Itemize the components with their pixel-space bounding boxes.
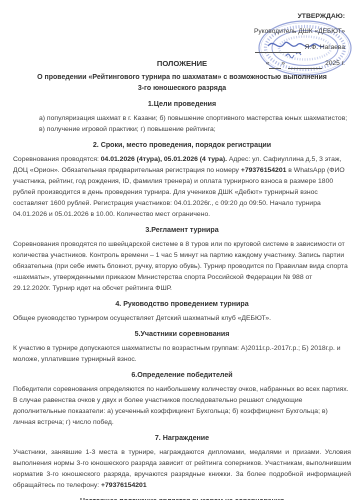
signature-line bbox=[255, 45, 301, 53]
text-run: Соревнования проводятся по швейцарской с… bbox=[13, 241, 348, 292]
signer-name: Я.Ф. Нагаева bbox=[305, 43, 345, 53]
document-content: ПОЛОЖЕНИЕ О проведении «Рейтингового тур… bbox=[0, 0, 364, 500]
approval-block: УТВЕРЖДАЮ: Руководитель ДШК «ДЕБЮТ» Я.Ф.… bbox=[185, 12, 345, 69]
section-paragraph: Участники, занявшие 1-3 места в турнире,… bbox=[13, 447, 351, 491]
subtitle-line-2: 3-го юношеского разряда bbox=[13, 83, 351, 94]
text-run: а) популяризация шахмат в г. Казани; б) … bbox=[39, 115, 347, 133]
closing-statement: Настоящее положение является вызовом на … bbox=[13, 496, 351, 500]
approver-role: Руководитель ДШК «ДЕБЮТ» bbox=[185, 27, 345, 37]
text-run: Победители соревнования определяются по … bbox=[13, 386, 349, 426]
subtitle-line-1: О проведении «Рейтингового турнира по ша… bbox=[13, 72, 351, 83]
text-run: в WhatsApp (ФИО участника, рейтинг, год … bbox=[13, 167, 345, 218]
text-run: Общее руководство турниром осуществляет … bbox=[13, 315, 271, 322]
section-heading: 5.Участники соревнования bbox=[13, 329, 351, 340]
section-heading: 2. Сроки, место проведения, порядок реги… bbox=[13, 140, 351, 151]
section-paragraph: К участию в турнире допускаются шахматис… bbox=[13, 343, 351, 365]
day-blank-line bbox=[269, 61, 281, 69]
bold-run: 04.01.2026 (4тура), 05.01.2026 (4 тура). bbox=[101, 156, 227, 163]
document-subtitle: О проведении «Рейтингового турнира по ша… bbox=[13, 72, 351, 94]
year-label: 2025 г. bbox=[325, 59, 345, 69]
bold-run: +79376154201 bbox=[101, 482, 147, 489]
bold-run: +79376154201 bbox=[241, 167, 287, 174]
section-paragraph: Соревнования проводятся: 04.01.2026 (4ту… bbox=[13, 154, 351, 220]
section-heading: 7. Награждение bbox=[13, 433, 351, 444]
section-paragraph: Соревнования проводятся по швейцарской с… bbox=[13, 239, 351, 294]
document-page: УТВЕРЖДАЮ: Руководитель ДШК «ДЕБЮТ» Я.Ф.… bbox=[0, 0, 364, 500]
section-paragraph: Победители соревнования определяются по … bbox=[13, 384, 351, 428]
text-run: Участники, занявшие 1-3 места в турнире,… bbox=[13, 449, 351, 489]
section-heading: 6.Определение победителей bbox=[13, 370, 351, 381]
section-paragraph: Общее руководство турниром осуществляет … bbox=[13, 313, 351, 324]
section-heading: 1.Цели проведения bbox=[13, 99, 351, 110]
sections: 1.Цели проведенияа) популяризация шахмат… bbox=[13, 99, 351, 491]
text-run: Соревнования проводятся: bbox=[13, 156, 101, 163]
section-heading: 3.Регламент турнира bbox=[13, 225, 351, 236]
signature-row: Я.Ф. Нагаева bbox=[185, 43, 345, 53]
quote-close: » bbox=[281, 59, 285, 69]
text-run: К участию в турнире допускаются шахматис… bbox=[13, 345, 341, 363]
section-paragraph: а) популяризация шахмат в г. Казани; б) … bbox=[13, 113, 351, 135]
approve-label: УТВЕРЖДАЮ: bbox=[185, 12, 345, 22]
date-row: « » 2025 г. bbox=[185, 59, 345, 69]
section-heading: 4. Руководство проведением турнира bbox=[13, 299, 351, 310]
month-blank-line bbox=[288, 61, 322, 69]
